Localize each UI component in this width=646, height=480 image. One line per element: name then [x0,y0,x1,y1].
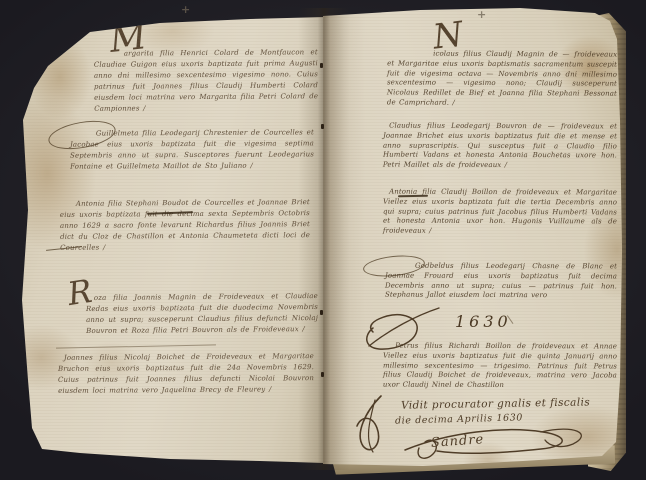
manuscript-scan: M argarita filia Henrici Colard de Montf… [0,0,646,480]
record-text: Claudius filius Leodegarij Bouvron de — … [383,122,617,172]
baptism-record: N icolaus filius Claudij Magnin de — fro… [387,49,617,109]
divider-stroke [56,344,216,349]
binding-stitch [321,372,324,377]
binding-stitch [320,63,323,68]
signature-flourish [345,388,611,468]
record-text: oza filia Joannis Magnin de Froideveaux … [86,291,318,337]
baptism-record: R oza filia Joannis Magnin de Froideveau… [86,291,318,337]
invocation-cross: + [477,8,486,21]
record-text: Petrus filius Richardi Boillon de froide… [383,342,617,392]
record-text: icolaus filius Claudij Magnin de — froid… [387,49,617,109]
record-text: argarita filia Henrici Colard de Montfau… [94,47,318,115]
baptism-record: Godbeldus filius Leodegarij Chasne de Bl… [385,262,617,302]
record-text: Godbeldus filius Leodegarij Chasne de Bl… [385,262,617,302]
baptism-record: Joannes filius Nicolaj Boichet de Froide… [58,351,314,397]
binding-stitch [320,310,323,315]
record-text: Guillelmeta filia Leodegarij Chrestenier… [70,127,314,172]
baptism-record: Claudius filius Leodegarij Bouvron de — … [383,122,617,172]
record-text: Joannes filius Nicolaj Boichet de Froide… [58,351,314,397]
invocation-cross: + [181,3,190,16]
baptism-record: Petrus filius Richardi Boillon de froide… [383,342,617,392]
record-text: Antonia filia Stephani Boudot de Courcel… [60,197,310,254]
page-right: N icolaus filius Claudij Magnin de — fro… [323,6,623,474]
year-heading: 1630 [455,312,512,331]
baptism-record: Antonia filia Stephani Boudot de Courcel… [60,197,310,254]
baptism-record: Guillelmeta filia Leodegarij Chrestenier… [70,127,314,172]
baptism-record: M argarita filia Henrici Colard de Montf… [94,47,318,115]
page-left: M argarita filia Henrici Colard de Montf… [20,8,325,468]
binding-stitch [321,124,324,129]
